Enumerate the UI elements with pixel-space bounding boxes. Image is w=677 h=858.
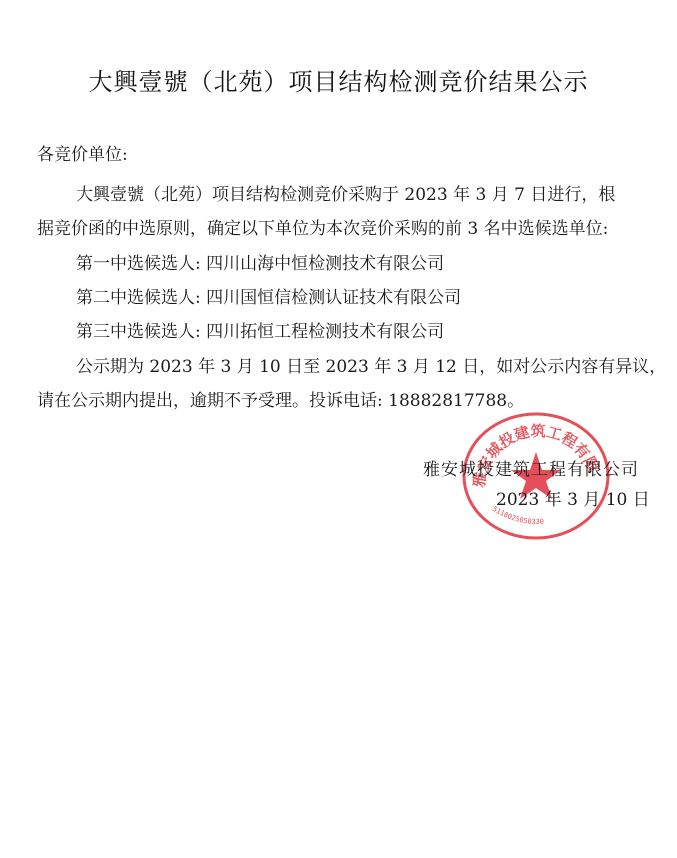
candidate-1-company: 四川山海中恒检测技术有限公司 xyxy=(206,254,444,274)
candidate-2-label: 第二中选候选人: xyxy=(76,288,201,308)
candidate-3: 第三中选候选人: 四川拓恒工程检测技术有限公司 xyxy=(76,317,444,342)
paragraph-1-line-1: 大興壹號（北苑）项目结构检测竞价采购于 2023 年 3 月 7 日进行，根 xyxy=(76,180,615,205)
candidate-1-label: 第一中选候选人: xyxy=(76,254,201,274)
candidate-3-company: 四川拓恒工程检测技术有限公司 xyxy=(206,322,444,342)
signature-date: 2023 年 3 月 10 日 xyxy=(496,485,650,510)
paragraph-2-line-1: 公示期为 2023 年 3 月 10 日至 2023 年 3 月 12 日，如对… xyxy=(76,352,666,377)
candidate-3-label: 第三中选候选人: xyxy=(76,322,201,342)
paragraph-2-line-2: 请在公示期内提出，逾期不予受理。投诉电话: 18882817788。 xyxy=(37,386,524,411)
candidate-1: 第一中选候选人: 四川山海中恒检测技术有限公司 xyxy=(76,249,444,274)
document-title: 大興壹號（北苑）项目结构检测竞价结果公示 xyxy=(0,62,677,97)
candidate-2-company: 四川国恒信检测认证技术有限公司 xyxy=(206,288,461,308)
paragraph-1-line-2: 据竞价函的中选原则，确定以下单位为本次竞价采购的前 3 名中选候选单位: xyxy=(37,214,608,239)
candidate-2: 第二中选候选人: 四川国恒信检测认证技术有限公司 xyxy=(76,283,461,308)
signature-company: 雅安城投建筑工程有限公司 xyxy=(423,455,639,480)
salutation: 各竞价单位: xyxy=(37,140,128,165)
